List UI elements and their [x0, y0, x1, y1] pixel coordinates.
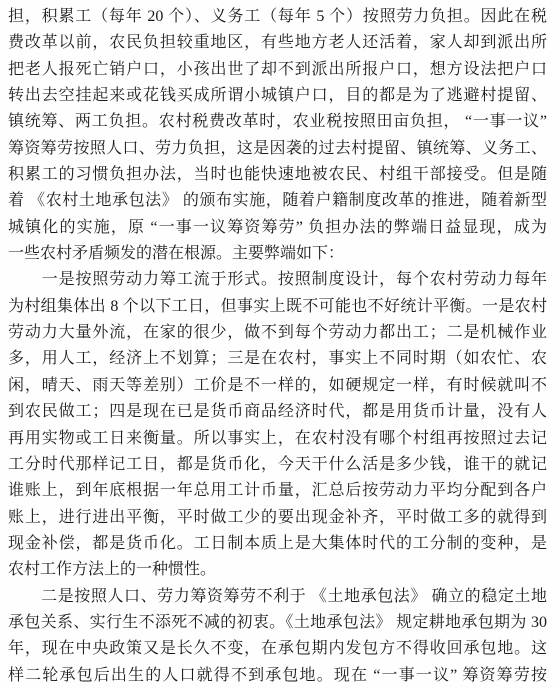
text-line: 样二轮承包后出生的人口就得不到承包地。现在 “一事一议” 筹资筹劳按 — [8, 663, 547, 689]
text-line: 多，用人工，经济上不划算；三是在农村，事实上不同时期（如农忙、农 — [8, 346, 547, 372]
text-line: 一些农村矛盾频发的潜在根源。主要弊端如下： — [8, 241, 547, 267]
document-page: 担，积累工（每年 20 个）、义务工（每年 5 个）按照劳力负担。因此在税费改革… — [0, 0, 555, 689]
text-line: 再用实物或工日来衡量。所以事实上，在农村没有哪个村组再按照过去记 — [8, 426, 547, 452]
text-line: 工分时代那样记工日，都是货币化，今天干什么活是多少钱，谁干的就记 — [8, 452, 547, 478]
text-line: 谁账上，到年底根据一年总用工计币量，汇总后按劳动力平均分配到各户 — [8, 478, 547, 504]
text-line: 年，现在中央政策又是长久不变，在承包期内发包方不得收回承包地。这 — [8, 636, 547, 662]
text-line: 费改革以前，农民负担较重地区，有些地方老人还活着，家人却到派出所 — [8, 30, 547, 56]
text-line: 闲，晴天、雨天等差别）工价是不一样的，如硬规定一样，有时候就叫不 — [8, 373, 547, 399]
text-line: 转出去空挂起来或花钱买成所谓小城镇户口，目的都是为了逃避村提留、 — [8, 83, 547, 109]
text-line: 筹资筹劳按照人口、劳力负担，这是因袭的过去村提留、镇统筹、义务工、 — [8, 136, 547, 162]
text-line: 农村工作方法上的一种惯性。 — [8, 557, 547, 583]
text-line: 现金补偿，都是货币化。工日制本质上是大集体时代的工分制的变种，是 — [8, 531, 547, 557]
document-body-text: 担，积累工（每年 20 个）、义务工（每年 5 个）按照劳力负担。因此在税费改革… — [8, 4, 547, 689]
text-line: 一是按照劳动力筹工流于形式。按照制度设计，每个农村劳动力每年 — [8, 267, 547, 293]
text-line: 到农民做工；四是现在已是货币商品经济时代，都是用货币计量，没有人 — [8, 399, 547, 425]
text-line: 为村组集体出 8 个以下工日，但事实上既不可能也不好统计平衡。一是农村 — [8, 294, 547, 320]
text-line: 城镇化的实施，原 “一事一议筹资筹劳” 负担办法的弊端日益显现，成为 — [8, 215, 547, 241]
text-line: 账上，进行进出平衡，平时做工少的要出现金补齐，平时做工多的就得到 — [8, 505, 547, 531]
text-line: 镇统筹、两工负担。农村税费改革时，农业税按照田亩负担， “一事一议” — [8, 109, 547, 135]
text-line: 担，积累工（每年 20 个）、义务工（每年 5 个）按照劳力负担。因此在税 — [8, 4, 547, 30]
text-line: 二是按照人口、劳力筹资筹劳不利于 《土地承包法》 确立的稳定土地 — [8, 584, 547, 610]
text-line: 把老人报死亡销户口，小孩出世了却不到派出所报户口，想方设法把户口 — [8, 57, 547, 83]
text-line: 着 《农村土地承包法》 的颁布实施，随着户籍制度改革的推进，随着新型 — [8, 188, 547, 214]
text-line: 劳动力大量外流，在家的很少，做不到每个劳动力都出工；二是机械作业 — [8, 320, 547, 346]
text-line: 承包关系、实行生不添死不减的初衷。《土地承包法》 规定耕地承包期为 30 — [8, 610, 547, 636]
text-line: 积累工的习惯负担办法，当时也能快速地被农民、村组干部接受。但是随 — [8, 162, 547, 188]
